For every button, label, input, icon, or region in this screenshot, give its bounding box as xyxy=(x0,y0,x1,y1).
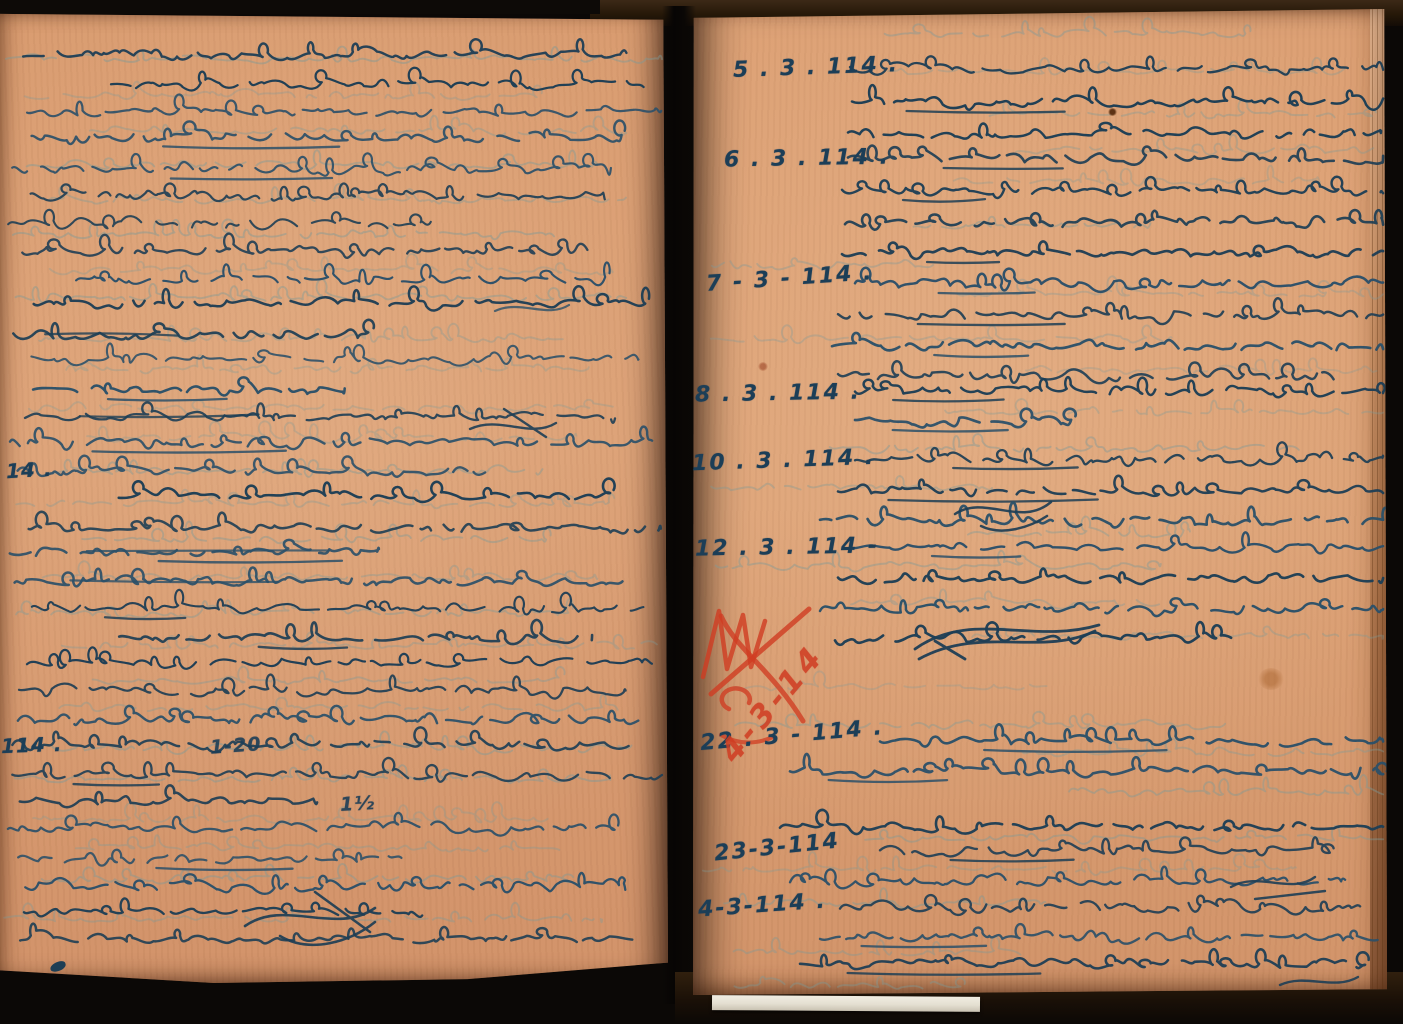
left-page xyxy=(0,11,668,983)
scanner-background-top xyxy=(0,0,600,14)
inline-number-fragment: 1-20 xyxy=(209,733,262,759)
inline-number-fragment: 1½ xyxy=(339,792,375,816)
ink-spot-stain xyxy=(1108,108,1117,116)
entry-date-label: 8 . 3 . 114 . xyxy=(695,380,861,408)
entry-date-label: 6 . 3 . 114 . xyxy=(724,145,890,173)
margin-marker-label: 114 . xyxy=(1,732,63,758)
margin-marker-label: 14 . xyxy=(5,457,53,483)
handwriting-left xyxy=(0,11,668,983)
entry-date-label: 12 . 3 . 114 - xyxy=(695,533,879,561)
inner-page-white-edge xyxy=(712,995,980,1012)
rust-spot xyxy=(758,362,768,371)
scanned-notebook-spread: 4-3-14 5 . 3 . 114 .6 . 3 . 114 .7 - 3 -… xyxy=(0,0,1403,1024)
paper-stain xyxy=(1258,668,1284,690)
